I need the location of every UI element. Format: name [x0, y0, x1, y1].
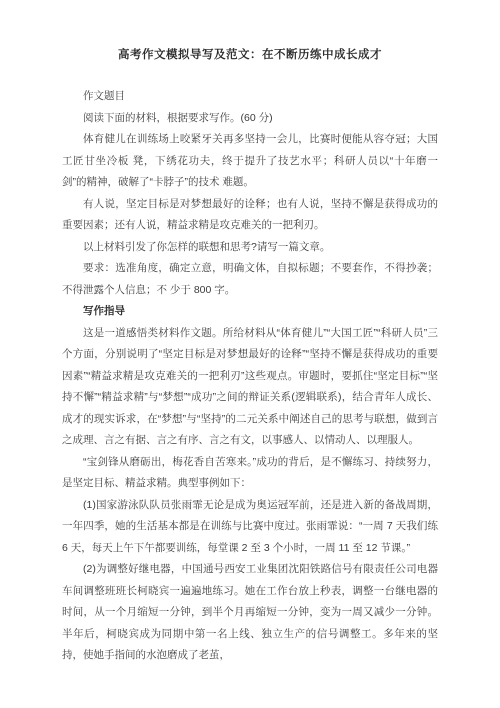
document-title: 高考作文模拟导写及范文：在不断历练中成长成才: [62, 46, 438, 64]
guidance-paragraph-1: 这是一道感悟类材料作文题。所给材料从“体育健儿”“大国工匠”“科研人员”三个方面…: [62, 323, 438, 452]
material-paragraph-4: 要求：选准角度，确定立意，明确文体，自拟标题；不要套作，不得抄袭；不得泄露个人信…: [62, 258, 438, 301]
material-paragraph-2: 有人说，坚定目标是对梦想最好的诠释；也有人说，坚持不懈是获得成功的重要因素；还有…: [62, 194, 438, 237]
material-paragraph-1: 体育健儿在训练场上咬紧牙关再多坚持一会儿，比赛时便能从容夺冠；大国工匠甘坐冷板 …: [62, 129, 438, 194]
essay-instruction: 阅读下面的材料，根据要求写作。(60 分): [62, 108, 438, 130]
section-heading-writing-guidance: 写作指导: [62, 301, 438, 323]
document-page: 高考作文模拟导写及范文：在不断历练中成长成才 作文题目 阅读下面的材料，根据要求…: [0, 0, 500, 708]
guidance-paragraph-2: “宝剑锋从磨砺出，梅花香自苦寒来。”成功的背后，是不懈练习、持续努力，是坚定目标…: [62, 452, 438, 495]
guidance-paragraph-4-example-2: (2)为调整好继电器，中国通号西安工业集团沈阳铁路信号有限责任公司电器车间调整班…: [62, 559, 438, 667]
section-heading-essay-topic: 作文题目: [62, 86, 438, 108]
guidance-paragraph-3-example-1: (1)国家游泳队队员张雨霏无论是成为奥运冠军前，还是进入新的备战周期，一年四季，…: [62, 495, 438, 560]
material-paragraph-3: 以上材料引发了你怎样的联想和思考?请写一篇文章。: [62, 237, 438, 259]
